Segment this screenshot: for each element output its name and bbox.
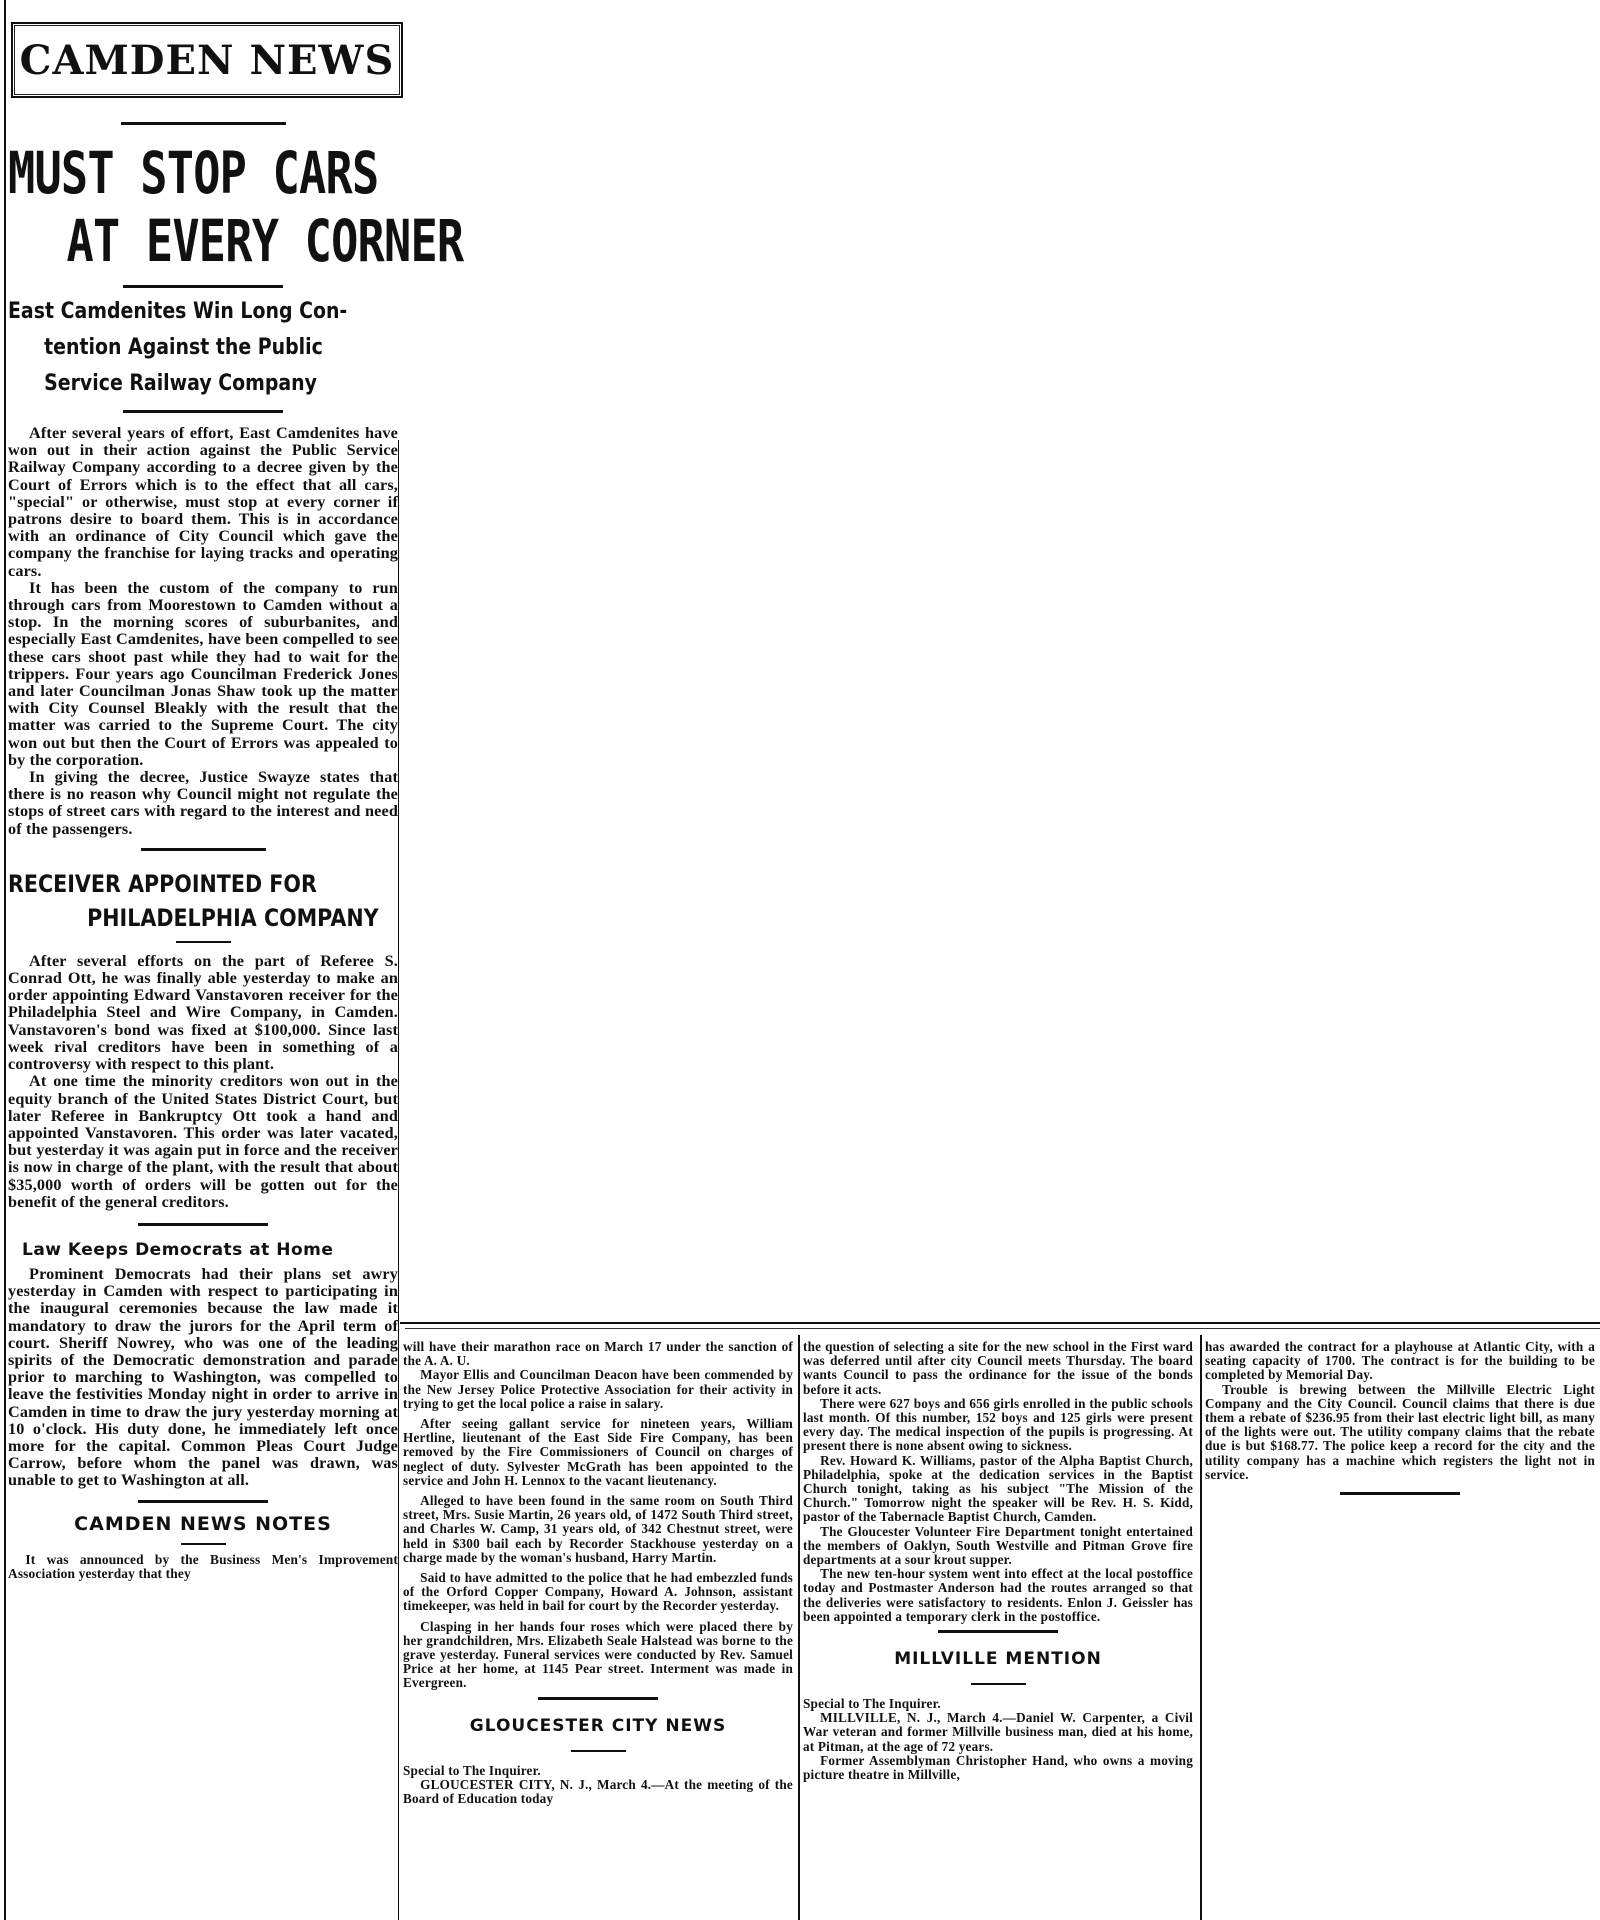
democrats-article-body: Prominent Democrats had their plans set … — [8, 1266, 398, 1490]
headline-line: RECEIVER APPOINTED FOR — [8, 867, 399, 901]
paragraph: Clasping in her hands four roses which w… — [403, 1620, 793, 1691]
paragraph: It was announced by the Business Men's I… — [8, 1553, 398, 1581]
column-2: will have their marathon race on March 1… — [403, 1340, 793, 1806]
divider — [538, 1697, 658, 1700]
notes-headline: CAMDEN NEWS NOTES — [8, 1513, 398, 1535]
receiver-headline: RECEIVER APPOINTED FOR PHILADELPHIA COMP… — [8, 867, 399, 935]
divider — [141, 848, 266, 851]
paragraph: Mayor Ellis and Councilman Deacon have b… — [403, 1368, 793, 1411]
divider — [938, 1630, 1058, 1633]
main-headline: MUST STOP CARS AT EVERY CORNER — [8, 139, 312, 275]
divider — [176, 941, 231, 943]
column-rule — [798, 1335, 800, 1920]
paragraph: Prominent Democrats had their plans set … — [8, 1266, 398, 1490]
paragraph: After seeing gallant service for ninetee… — [403, 1417, 793, 1488]
paragraph: After several years of effort, East Camd… — [8, 425, 398, 580]
headline-line: MUST STOP CARS — [8, 139, 312, 207]
paragraph: After several efforts on the part of Ref… — [8, 953, 398, 1073]
democrats-headline: Law Keeps Democrats at Home — [8, 1240, 398, 1260]
dateline-special: Special to The Inquirer. — [803, 1697, 1193, 1711]
receiver-article-body: After several efforts on the part of Ref… — [8, 953, 398, 1211]
column-rule — [398, 440, 399, 1920]
gloucester-body-col3: the question of selecting a site for the… — [803, 1340, 1193, 1624]
divider — [971, 1683, 1026, 1685]
paragraph: Trouble is brewing between the Millville… — [1205, 1383, 1595, 1482]
deck-line: East Camdenites Win Long Con- — [8, 294, 399, 330]
column-3: the question of selecting a site for the… — [803, 1340, 1193, 1782]
paragraph: There were 627 boys and 656 girls enroll… — [803, 1397, 1193, 1454]
divider — [121, 122, 286, 125]
millville-body-col3: Special to The Inquirer. MILLVILLE, N. J… — [803, 1697, 1193, 1782]
divider — [123, 410, 283, 413]
paragraph: In giving the decree, Justice Swayze sta… — [8, 769, 398, 838]
paragraph: It has been the custom of the company to… — [8, 580, 398, 769]
paragraph: Former Assemblyman Christopher Hand, who… — [803, 1754, 1193, 1782]
divider — [138, 1223, 268, 1226]
millville-body-col4: has awarded the contract for a playhouse… — [1205, 1340, 1595, 1482]
column-rule — [4, 0, 6, 1920]
section-masthead: CAMDEN NEWS — [11, 22, 403, 98]
dateline-special: Special to The Inquirer. — [403, 1764, 793, 1778]
paragraph: Alleged to have been found in the same r… — [403, 1494, 793, 1565]
paragraph: Said to have admitted to the police that… — [403, 1571, 793, 1614]
divider — [1340, 1492, 1460, 1495]
section-rule — [405, 1328, 1600, 1329]
divider — [571, 1750, 626, 1752]
millville-headline: MILLVILLE MENTION — [803, 1649, 1193, 1669]
paragraph: has awarded the contract for a playhouse… — [1205, 1340, 1595, 1383]
gloucester-headline: GLOUCESTER CITY NEWS — [403, 1716, 793, 1736]
divider — [123, 285, 283, 288]
divider — [138, 1500, 268, 1503]
paragraph: MILLVILLE, N. J., March 4.—Daniel W. Car… — [803, 1711, 1193, 1754]
masthead-title: CAMDEN NEWS — [20, 37, 395, 84]
section-rule — [400, 1322, 1600, 1324]
paragraph: At one time the minority creditors won o… — [8, 1073, 398, 1211]
deck-line: tention Against the Public — [8, 330, 399, 366]
headline-line: PHILADELPHIA COMPANY — [8, 901, 399, 935]
paragraph: Rev. Howard K. Williams, pastor of the A… — [803, 1454, 1193, 1525]
paragraph: the question of selecting a site for the… — [803, 1340, 1193, 1397]
notes-body-col2: will have their marathon race on March 1… — [403, 1340, 793, 1691]
main-deck: East Camdenites Win Long Con- tention Ag… — [8, 294, 399, 402]
paragraph: The new ten-hour system went into effect… — [803, 1567, 1193, 1624]
divider — [181, 1543, 226, 1545]
deck-line: Service Railway Company — [8, 366, 399, 402]
main-article-body: After several years of effort, East Camd… — [8, 425, 398, 838]
paragraph: will have their marathon race on March 1… — [403, 1340, 793, 1368]
notes-body-col1: It was announced by the Business Men's I… — [8, 1553, 398, 1581]
column-1: CAMDEN NEWS MUST STOP CARS AT EVERY CORN… — [8, 0, 398, 1581]
headline-line: AT EVERY CORNER — [8, 207, 312, 275]
column-rule — [1200, 1335, 1202, 1920]
paragraph: The Gloucester Volunteer Fire Department… — [803, 1525, 1193, 1568]
gloucester-body-col2: Special to The Inquirer. GLOUCESTER CITY… — [403, 1764, 793, 1807]
paragraph: GLOUCESTER CITY, N. J., March 4.—At the … — [403, 1778, 793, 1806]
column-4: has awarded the contract for a playhouse… — [1205, 1340, 1595, 1511]
